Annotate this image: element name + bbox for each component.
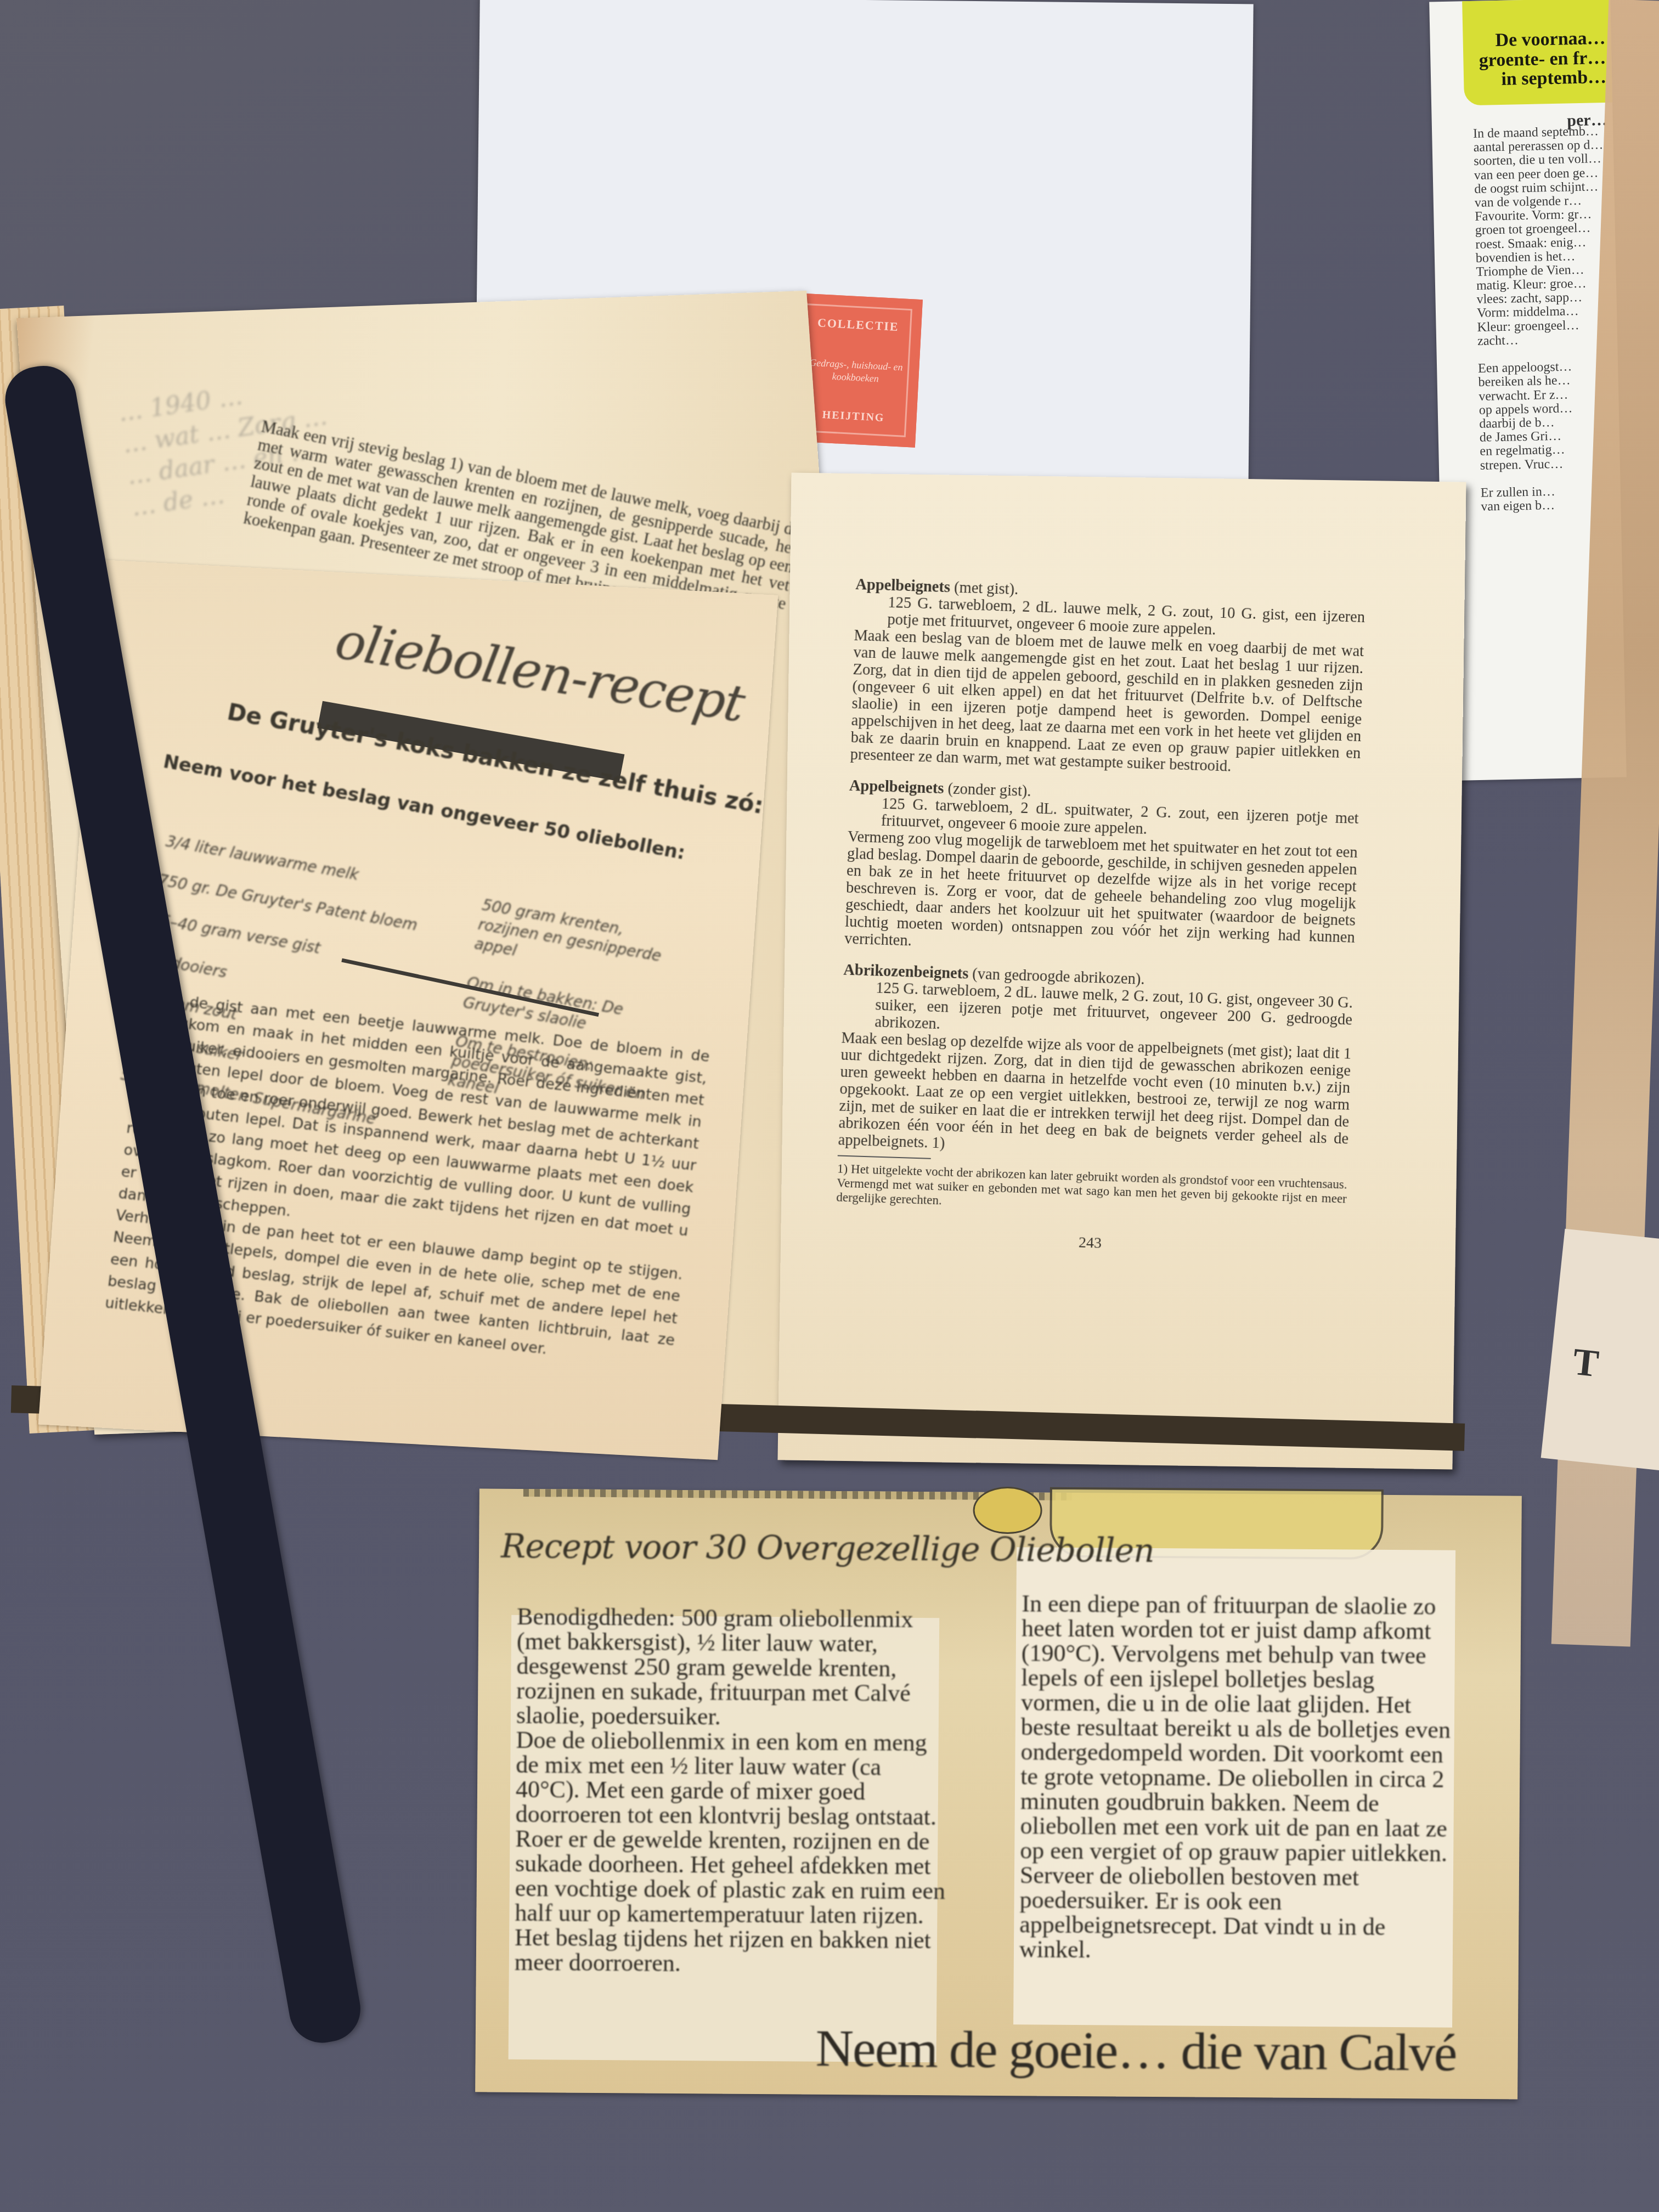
footnote-rule — [838, 1155, 931, 1159]
recipe-method: Maak een beslag van de bloem met de lauw… — [850, 627, 1364, 779]
recipe-method: Maak een beslag op dezelfde wijze als vo… — [838, 1030, 1351, 1165]
recipe-title: Appelbeignets — [855, 576, 950, 596]
calve-right-column: In een diepe pan of frituurpan de slaoli… — [1019, 1591, 1461, 1965]
calve-left-column: Benodigdheden: 500 gram oliebollenmix (m… — [515, 1604, 951, 1977]
label-line-collectie: COLLECTIE — [810, 315, 907, 335]
ingredient-item: 500 gram krenten, rozijnen en gesnipperd… — [473, 895, 689, 990]
label-line-subject: Gedrags-, huishoud- en kookboeken — [807, 356, 905, 386]
footnote: 1) Het uitgelekte vocht der abrikozen ka… — [836, 1161, 1347, 1220]
right-page-text: Appelbeignets (met gist). 125 G. tarwebl… — [835, 576, 1366, 1260]
oliebol-illustration — [973, 1487, 1042, 1534]
side-clipping-banner: De voornaa… groente- en fr… in septemb… — [1462, 0, 1612, 105]
recipe-variant: (zonder gist). — [947, 780, 1031, 800]
label-line-heijting: HEIJTING — [805, 408, 902, 425]
clipping-letter: T — [1571, 1340, 1601, 1386]
recipe-method: Vermeng zoo vlug mogelijk de tarwebloem … — [844, 828, 1358, 963]
calve-slogan: Neem de goeie… die van Calvé — [815, 2018, 1456, 2083]
recipe-title: Appelbeignets — [849, 777, 944, 797]
calve-heading: Recept voor 30 Overgezellige Oliebollen — [501, 1527, 1154, 1570]
small-newspaper-clipping: T — [1541, 1229, 1659, 1471]
calve-recipe-clipping: Recept voor 30 Overgezellige Oliebollen … — [475, 1488, 1522, 2099]
recipe-variant: (met gist). — [954, 579, 1019, 599]
collection-label-frame: COLLECTIE Gedrags-, huishoud- en kookboe… — [799, 303, 912, 437]
